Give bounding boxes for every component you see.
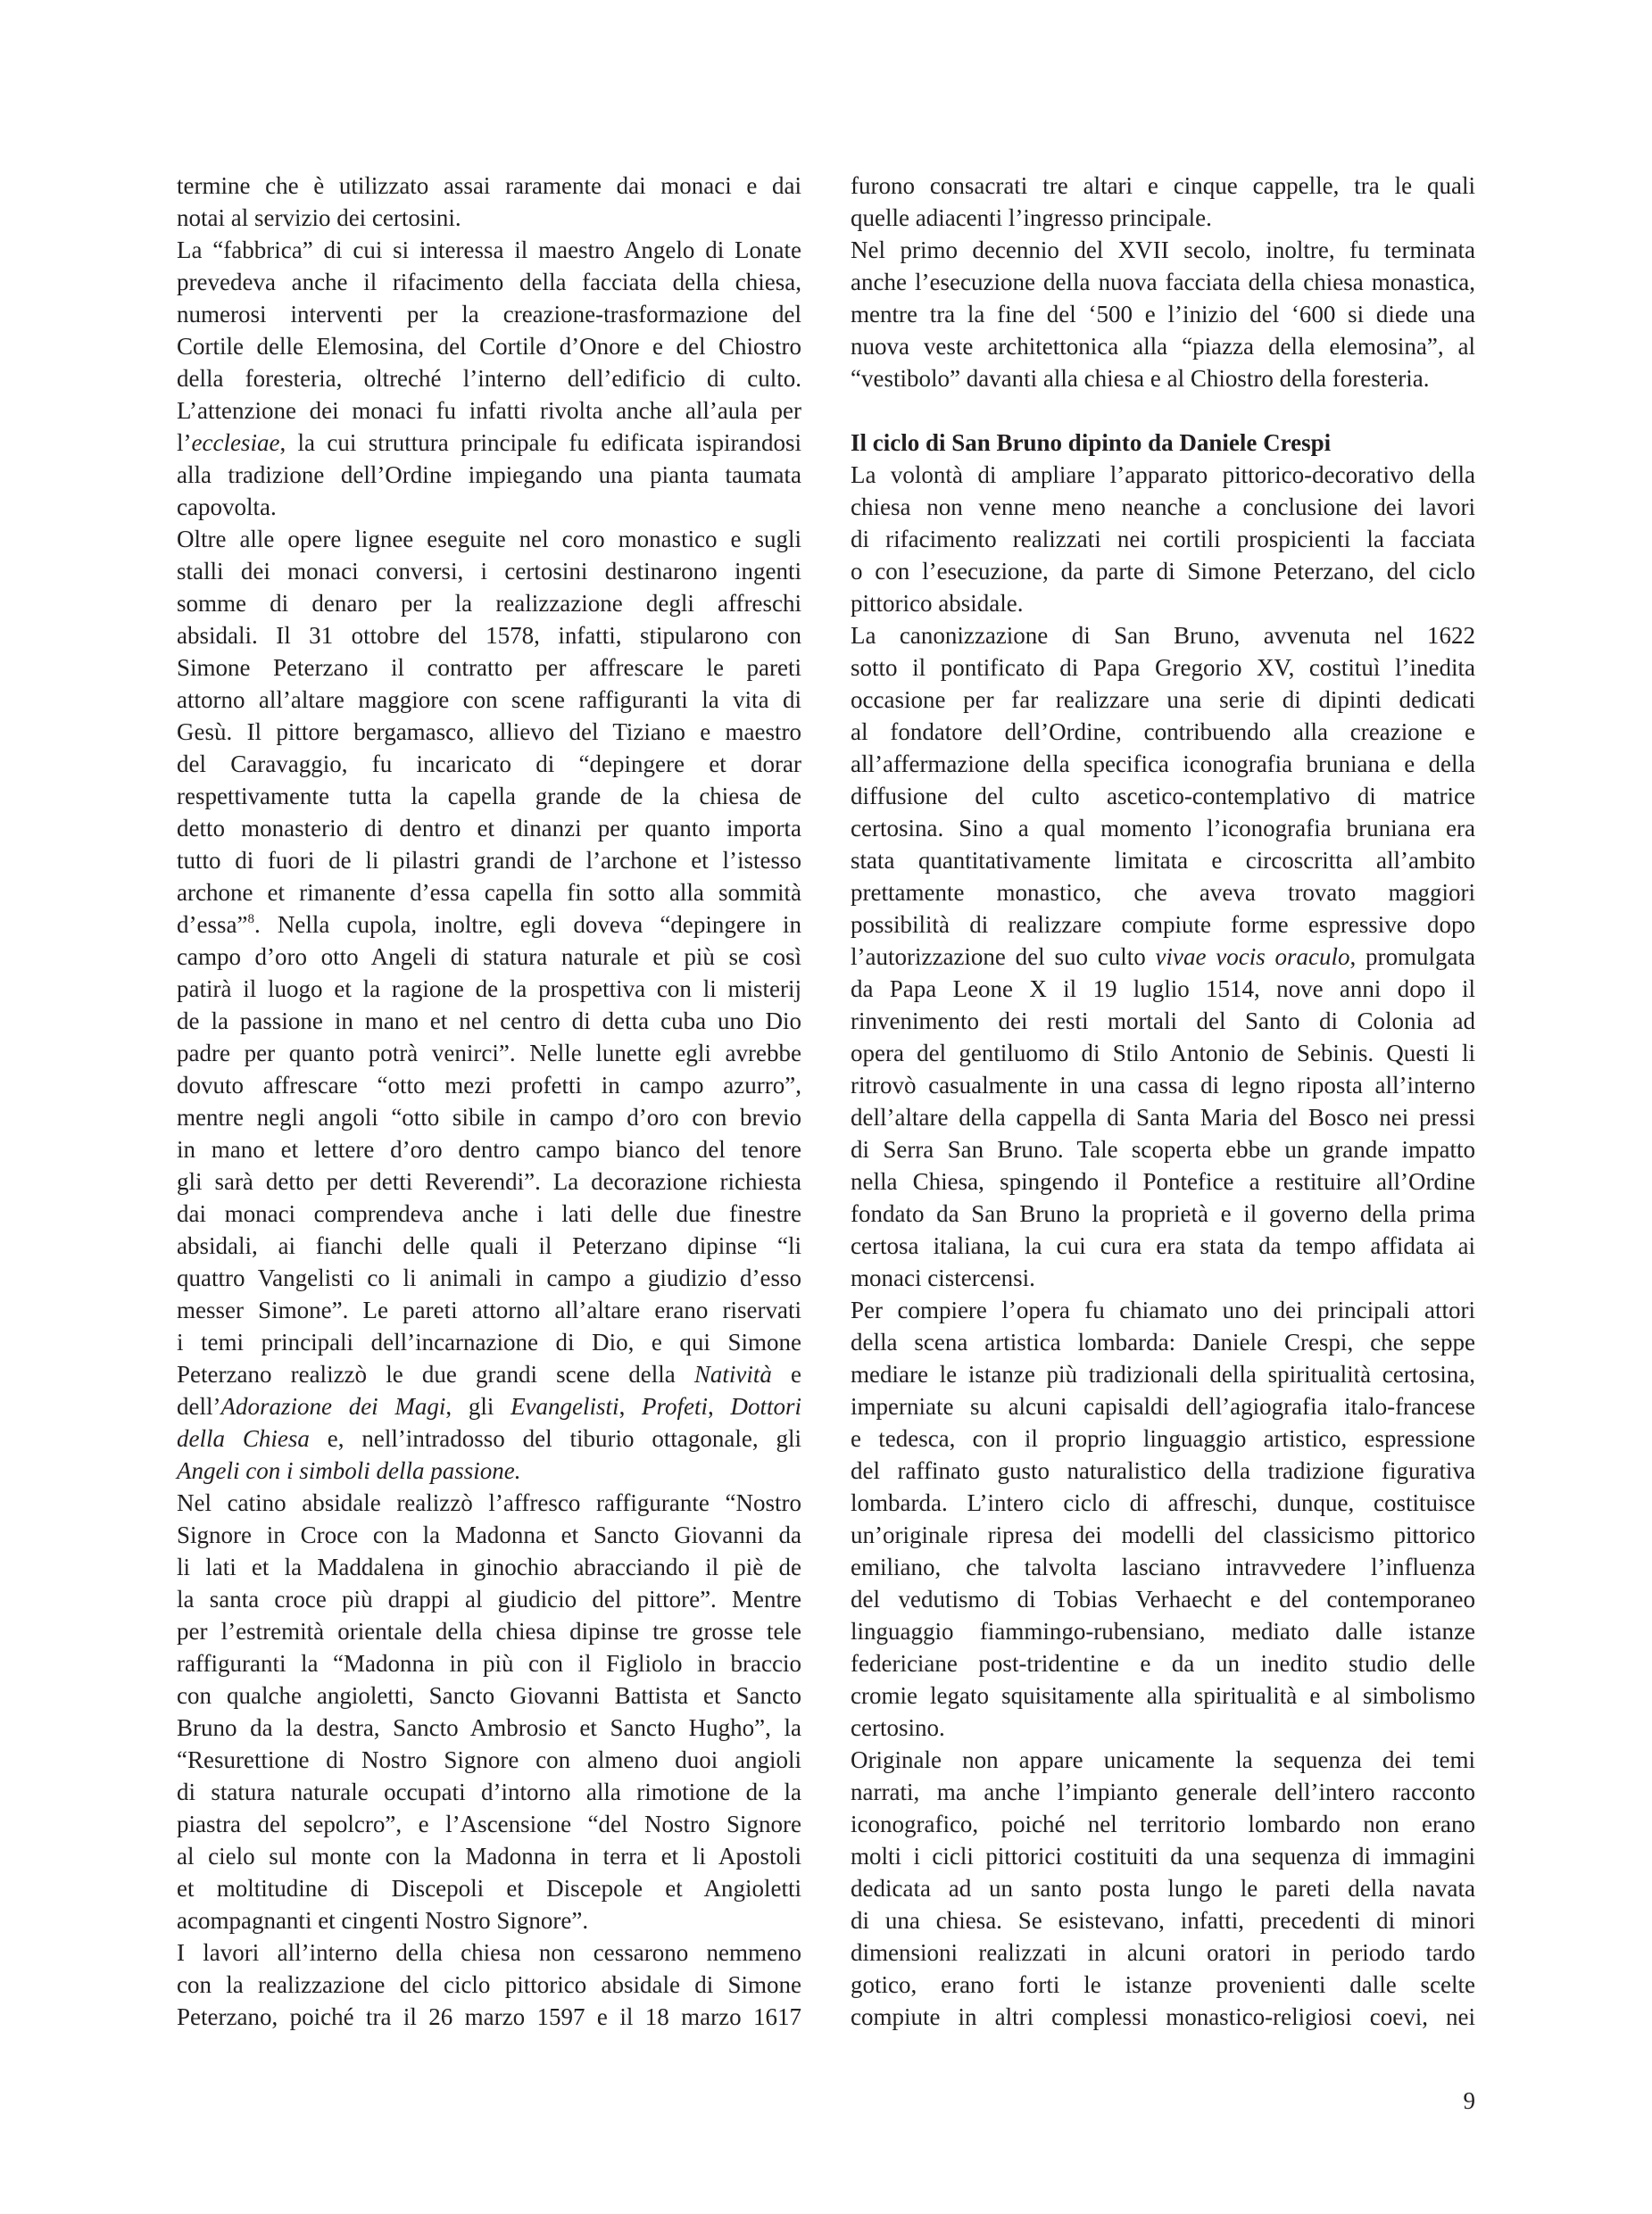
text-line: federiciane post-tridentine e da un ined… bbox=[851, 1647, 1475, 1679]
text-fragment: l’autorizzazione del suo culto bbox=[851, 943, 1156, 970]
text-line: linguaggio fiammingo-rubensiano, mediato… bbox=[851, 1615, 1475, 1647]
text-line-with-italic: della Chiesa e, nell’intradosso del tibu… bbox=[177, 1422, 801, 1455]
text-line: nella Chiesa, spingendo il Pontefice a r… bbox=[851, 1165, 1475, 1198]
text-line: iconografico, poiché nel territorio lomb… bbox=[851, 1808, 1475, 1840]
text-line: lombarda. L’intero ciclo di affreschi, d… bbox=[851, 1487, 1475, 1519]
text-line-with-italic: dell’Adorazione dei Magi, gli Evangelist… bbox=[177, 1390, 801, 1422]
text-line: dimensioni realizzati in alcuni oratori … bbox=[851, 1936, 1475, 1969]
text-line: la santa croce più drappi al giudicio de… bbox=[177, 1583, 801, 1615]
text-fragment: e bbox=[772, 1361, 801, 1388]
text-line: compiute in altri complessi monastico-re… bbox=[851, 2001, 1475, 2033]
text-line: stalli dei monaci conversi, i certosini … bbox=[177, 555, 801, 587]
text-line: Gesù. Il pittore bergamasco, allievo del… bbox=[177, 716, 801, 748]
text-line: La volontà di ampliare l’apparato pittor… bbox=[851, 459, 1475, 491]
text-line: li lati et la Maddalena in ginochio abra… bbox=[177, 1551, 801, 1583]
text-fragment: , la cui struttura principale fu edifica… bbox=[279, 429, 801, 456]
text-line: da Papa Leone X il 19 luglio 1514, nove … bbox=[851, 973, 1475, 1005]
text-line: per l’estremità orientale della chiesa d… bbox=[177, 1615, 801, 1647]
text-line: prettamente monastico, che aveva trovato… bbox=[851, 876, 1475, 908]
text-line-with-italic: Peterzano realizzò le due grandi scene d… bbox=[177, 1358, 801, 1390]
text-fragment: Peterzano realizzò le due grandi scene d… bbox=[177, 1361, 694, 1388]
text-line: tutto di fuori de li pilastri grandi de … bbox=[177, 844, 801, 876]
text-line: prevedeva anche il rifacimento della fac… bbox=[177, 266, 801, 298]
text-line: nuova veste architettonica alla “piazza … bbox=[851, 330, 1475, 362]
text-line: archone et rimanente d’essa capella fin … bbox=[177, 876, 801, 908]
text-line: Nel catino absidale realizzò l’affresco … bbox=[177, 1487, 801, 1519]
text-line: Per compiere l’opera fu chiamato uno dei… bbox=[851, 1294, 1475, 1326]
text-line: messer Simone”. Le pareti attorno all’al… bbox=[177, 1294, 801, 1326]
text-line: numerosi interventi per la creazione-tra… bbox=[177, 298, 801, 330]
text-line: furono consacrati tre altari e cinque ca… bbox=[851, 170, 1475, 202]
italic-line: Angeli con i simboli della passione. bbox=[177, 1455, 801, 1487]
text-line: “Resurettione di Nostro Signore con alme… bbox=[177, 1744, 801, 1776]
text-line: capovolta. bbox=[177, 491, 801, 523]
text-line: Nel primo decennio del XVII secolo, inol… bbox=[851, 234, 1475, 266]
text-line: occasione per far realizzare una serie d… bbox=[851, 684, 1475, 716]
italic-title: della Chiesa bbox=[177, 1425, 310, 1452]
text-line: di statura naturale occupati d’intorno a… bbox=[177, 1776, 801, 1808]
text-fragment: , bbox=[619, 1393, 642, 1420]
text-line: Peterzano, poiché tra il 26 marzo 1597 e… bbox=[177, 2001, 801, 2033]
text-line: Originale non appare unicamente la seque… bbox=[851, 1744, 1475, 1776]
text-line: gotico, erano forti le istanze provenien… bbox=[851, 1969, 1475, 2001]
text-line: Oltre alle opere lignee eseguite nel cor… bbox=[177, 523, 801, 555]
text-line: dai monaci comprendeva anche i lati dell… bbox=[177, 1198, 801, 1230]
text-line: La “fabbrica” di cui si interessa il mae… bbox=[177, 234, 801, 266]
italic-title: Evangelisti bbox=[511, 1393, 618, 1420]
text-line: rinvenimento dei resti mortali del Santo… bbox=[851, 1005, 1475, 1037]
text-line: di rifacimento realizzati nei cortili pr… bbox=[851, 523, 1475, 555]
text-line: narrati, ma anche l’impianto generale de… bbox=[851, 1776, 1475, 1808]
section-heading: Il ciclo di San Bruno dipinto da Daniele… bbox=[851, 427, 1475, 459]
right-text-column: furono consacrati tre altari e cinque ca… bbox=[851, 170, 1475, 2033]
text-line: chiesa non venne meno neanche a conclusi… bbox=[851, 491, 1475, 523]
text-line: piastra del sepolcro”, e l’Ascensione “d… bbox=[177, 1808, 801, 1840]
text-line: quelle adiacenti l’ingresso principale. bbox=[851, 202, 1475, 234]
text-line: mentre tra la fine del ‘500 e l’inizio d… bbox=[851, 298, 1475, 330]
text-line: Cortile delle Elemosina, del Cortile d’O… bbox=[177, 330, 801, 362]
text-line: del raffinato gusto naturalistico della … bbox=[851, 1455, 1475, 1487]
text-line: stata quantitativamente limitata e circo… bbox=[851, 844, 1475, 876]
text-line: anche l’esecuzione della nuova facciata … bbox=[851, 266, 1475, 298]
text-line: detto monasterio di dentro et dinanzi pe… bbox=[177, 812, 801, 844]
text-line: termine che è utilizzato assai raramente… bbox=[177, 170, 801, 202]
text-line: de la passione in mano et nel centro di … bbox=[177, 1005, 801, 1037]
text-line: emiliano, che talvolta lasciano intravve… bbox=[851, 1551, 1475, 1583]
text-line: ritrovò casualmente in una cassa di legn… bbox=[851, 1069, 1475, 1101]
left-text-column: termine che è utilizzato assai raramente… bbox=[177, 170, 801, 2033]
text-line: somme di denaro per la realizzazione deg… bbox=[177, 587, 801, 619]
italic-latin-phrase: vivae vocis oraculo bbox=[1156, 943, 1350, 970]
document-page: termine che è utilizzato assai raramente… bbox=[0, 0, 1652, 2214]
text-line: un’originale ripresa dei modelli del cla… bbox=[851, 1519, 1475, 1551]
text-line: diffusione del culto ascetico-contemplat… bbox=[851, 780, 1475, 812]
page-number: 9 bbox=[1428, 2085, 1475, 2117]
text-line: acompagnanti et cingenti Nostro Signore”… bbox=[177, 1904, 801, 1936]
text-line-with-italic: l’ecclesiae, la cui struttura principale… bbox=[177, 427, 801, 459]
text-line: et moltitudine di Discepoli et Discepole… bbox=[177, 1872, 801, 1904]
text-line-with-footnote: d’essa”8. Nella cupola, inoltre, egli do… bbox=[177, 908, 801, 941]
text-fragment: , bbox=[708, 1393, 730, 1420]
text-line: della scena artistica lombarda: Daniele … bbox=[851, 1326, 1475, 1358]
text-line: Bruno da la destra, Sancto Ambrosio et S… bbox=[177, 1712, 801, 1744]
text-line: dell’altare della cappella di Santa Mari… bbox=[851, 1101, 1475, 1133]
text-line: dedicata ad un santo posta lungo le pare… bbox=[851, 1872, 1475, 1904]
text-line: del vedutismo di Tobias Verhaecht e del … bbox=[851, 1583, 1475, 1615]
text-line: absidali, ai fianchi delle quali il Pete… bbox=[177, 1230, 801, 1262]
italic-title: Natività bbox=[694, 1361, 772, 1388]
text-line-with-italic: l’autorizzazione del suo culto vivae voc… bbox=[851, 941, 1475, 973]
text-fragment: l’ bbox=[177, 429, 192, 456]
italic-title: Profeti bbox=[642, 1393, 708, 1420]
text-line: molti i cicli pittorici costituiti da un… bbox=[851, 1840, 1475, 1872]
text-line: La canonizzazione di San Bruno, avvenuta… bbox=[851, 619, 1475, 651]
text-line: gli sarà detto per detti Reverendi”. La … bbox=[177, 1165, 801, 1198]
text-line: fondato da San Bruno la proprietà e il g… bbox=[851, 1198, 1475, 1230]
text-line: imperniate su alcuni capisaldi dell’agio… bbox=[851, 1390, 1475, 1422]
text-fragment: dell’ bbox=[177, 1393, 220, 1420]
text-line: con qualche angioletti, Sancto Giovanni … bbox=[177, 1679, 801, 1712]
text-line: di Serra San Bruno. Tale scoperta ebbe u… bbox=[851, 1133, 1475, 1165]
text-line: alla tradizione dell’Ordine impiegando u… bbox=[177, 459, 801, 491]
italic-title: Adorazione dei Magi bbox=[220, 1393, 445, 1420]
blank-line bbox=[851, 394, 1475, 427]
text-line: dovuto affrescare “otto mezi profetti in… bbox=[177, 1069, 801, 1101]
text-line: del Caravaggio, fu incaricato di “deping… bbox=[177, 748, 801, 780]
italic-term: ecclesiae bbox=[192, 429, 280, 456]
text-line: mediare le istanze più tradizionali dell… bbox=[851, 1358, 1475, 1390]
text-line: I lavori all’interno della chiesa non ce… bbox=[177, 1936, 801, 1969]
text-line: attorno all’altare maggiore con scene ra… bbox=[177, 684, 801, 716]
text-line: absidali. Il 31 ottobre del 1578, infatt… bbox=[177, 619, 801, 651]
text-line: certosa italiana, la cui cura era stata … bbox=[851, 1230, 1475, 1262]
text-line: della foresteria, oltreché l’interno del… bbox=[177, 362, 801, 394]
text-line: raffiguranti la “Madonna in più con il F… bbox=[177, 1647, 801, 1679]
text-line: opera del gentiluomo di Stilo Antonio de… bbox=[851, 1037, 1475, 1069]
footnote-reference[interactable]: 8 bbox=[247, 912, 254, 926]
text-line: pittorico absidale. bbox=[851, 587, 1475, 619]
text-line: i temi principali dell’incarnazione di D… bbox=[177, 1326, 801, 1358]
text-fragment: . Nella cupola, inoltre, egli doveva “de… bbox=[254, 911, 801, 938]
text-fragment: e, nell’intradosso del tiburio ottagonal… bbox=[310, 1425, 801, 1452]
text-line: “vestibolo” davanti alla chiesa e al Chi… bbox=[851, 362, 1475, 394]
text-line: al cielo sul monte con la Madonna in ter… bbox=[177, 1840, 801, 1872]
text-line: di una chiesa. Se esistevano, infatti, p… bbox=[851, 1904, 1475, 1936]
text-line: notai al servizio dei certosini. bbox=[177, 202, 801, 234]
text-line: e tedesca, con il proprio linguaggio art… bbox=[851, 1422, 1475, 1455]
text-line: quattro Vangelisti co li animali in camp… bbox=[177, 1262, 801, 1294]
text-line: Signore in Croce con la Madonna et Sanct… bbox=[177, 1519, 801, 1551]
text-line: Simone Peterzano il contratto per affres… bbox=[177, 651, 801, 684]
text-line: campo d’oro otto Angeli di statura natur… bbox=[177, 941, 801, 973]
italic-title: Dottori bbox=[731, 1393, 802, 1420]
text-line: certosina. Sino a qual momento l’iconogr… bbox=[851, 812, 1475, 844]
text-line: sotto il pontificato di Papa Gregorio XV… bbox=[851, 651, 1475, 684]
text-line: al fondatore dell’Ordine, contribuendo a… bbox=[851, 716, 1475, 748]
text-line: padre per quanto potrà venirci”. Nelle l… bbox=[177, 1037, 801, 1069]
text-line: L’attenzione dei monaci fu infatti rivol… bbox=[177, 394, 801, 427]
text-line: cromie legato squisitamente alla spiritu… bbox=[851, 1679, 1475, 1712]
text-line: all’affermazione della specifica iconogr… bbox=[851, 748, 1475, 780]
text-line: mentre negli angoli “otto sibile in camp… bbox=[177, 1101, 801, 1133]
text-line: con la realizzazione del ciclo pittorico… bbox=[177, 1969, 801, 2001]
text-line: certosino. bbox=[851, 1712, 1475, 1744]
text-line: respettivamente tutta la capella grande … bbox=[177, 780, 801, 812]
text-line: o con l’esecuzione, da parte di Simone P… bbox=[851, 555, 1475, 587]
text-line: possibilità di realizzare compiute forme… bbox=[851, 908, 1475, 941]
text-line: patirà il luogo et la ragione de la pros… bbox=[177, 973, 801, 1005]
text-line: monaci cistercensi. bbox=[851, 1262, 1475, 1294]
text-fragment: d’essa” bbox=[177, 911, 247, 938]
text-fragment: , promulgata bbox=[1350, 943, 1476, 970]
text-fragment: , gli bbox=[445, 1393, 511, 1420]
text-line: in mano et lettere d’oro dentro campo bi… bbox=[177, 1133, 801, 1165]
